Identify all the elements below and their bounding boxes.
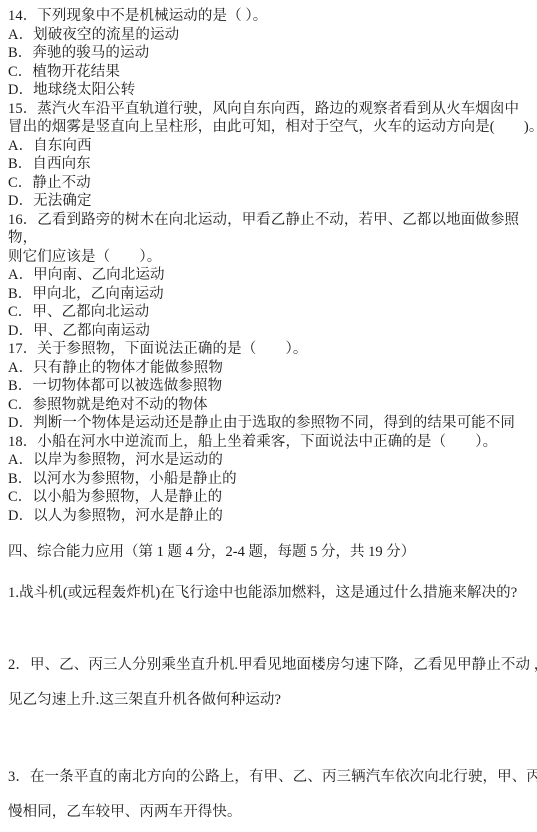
question-stem-line: 物， bbox=[8, 229, 533, 248]
question-17: 17．关于参照物，下面说法正确的是（ ）。 A．只有静止的物体才能做参照物 B．… bbox=[8, 340, 533, 433]
question-option: D．地球绕太阳公转 bbox=[8, 81, 533, 100]
question-option: D．判断一个物体是运动还是静止由于选取的参照物不同，得到的结果可能不同 bbox=[8, 414, 533, 433]
question-stem-line: 17．关于参照物，下面说法正确的是（ ）。 bbox=[8, 340, 533, 359]
problem-1: 1.战斗机(或远程轰炸机)在飞行途中也能添加燃料，这是通过什么措施来解决的? bbox=[8, 584, 533, 603]
question-option: A．只有静止的物体才能做参照物 bbox=[8, 359, 533, 378]
question-stem-line: 冒出的烟雾是竖直向上呈柱形，由此可知，相对于空气，火车的运动方向是( )。 bbox=[8, 118, 533, 137]
question-option: B．甲向北，乙向南运动 bbox=[8, 285, 533, 304]
question-16: 16．乙看到路旁的树木在向北运动，甲看乙静止不动，若甲、乙都以地面做参照 物， … bbox=[8, 211, 533, 341]
question-18: 18．小船在河水中逆流而上，船上坐着乘客，下面说法中正确的是（ ）。 A．以岸为… bbox=[8, 433, 533, 526]
problem-3: 3．在一条平直的南北方向的公路上，有甲、乙、丙三辆汽车依次向北行驶，甲、丙两车快… bbox=[8, 760, 533, 830]
question-option: D．甲、乙都向南运动 bbox=[8, 322, 533, 341]
question-stem-line: 14．下列现象中不是机械运动的是（ ）。 bbox=[8, 7, 533, 26]
question-option: B．奔驰的骏马的运动 bbox=[8, 44, 533, 63]
question-option: C．植物开花结果 bbox=[8, 63, 533, 82]
problem-line: 1.战斗机(或远程轰炸机)在飞行途中也能添加燃料，这是通过什么措施来解决的? bbox=[8, 584, 533, 603]
problem-2: 2．甲、乙、丙三人分别乘坐直升机.甲看见地面楼房匀速下降，乙看见甲静止不动 ，丙… bbox=[8, 648, 533, 718]
question-stem-line: 18．小船在河水中逆流而上，船上坐着乘客，下面说法中正确的是（ ）。 bbox=[8, 433, 533, 452]
question-option: B．一切物体都可以被选做参照物 bbox=[8, 377, 533, 396]
question-stem-line: 16．乙看到路旁的树木在向北运动，甲看乙静止不动，若甲、乙都以地面做参照 bbox=[8, 211, 533, 230]
question-option: C．以小船为参照物，人是静止的 bbox=[8, 488, 533, 507]
problem-line: 见乙匀速上升.这三架直升机各做何种运动? bbox=[8, 683, 533, 718]
question-option: A．自东向西 bbox=[8, 137, 533, 156]
question-15: 15．蒸汽火车沿平直轨道行驶，风向自东向西，路边的观察者看到从火车烟囱中 冒出的… bbox=[8, 100, 533, 211]
question-option: C．参照物就是绝对不动的物体 bbox=[8, 396, 533, 415]
problem-line: 2．甲、乙、丙三人分别乘坐直升机.甲看见地面楼房匀速下降，乙看见甲静止不动 ，丙… bbox=[8, 648, 533, 683]
question-option: A．甲向南、乙向北运动 bbox=[8, 266, 533, 285]
problem-line: 3．在一条平直的南北方向的公路上，有甲、乙、丙三辆汽车依次向北行驶，甲、丙两车快 bbox=[8, 760, 533, 795]
question-stem-line: 则它们应该是（ ）。 bbox=[8, 248, 533, 267]
question-option: C．甲、乙都向北运动 bbox=[8, 303, 533, 322]
question-14: 14．下列现象中不是机械运动的是（ ）。 A．划破夜空的流星的运动 B．奔驰的骏… bbox=[8, 7, 533, 100]
question-option: D．以人为参照物，河水是静止的 bbox=[8, 507, 533, 526]
exam-page: 14．下列现象中不是机械运动的是（ ）。 A．划破夜空的流星的运动 B．奔驰的骏… bbox=[0, 0, 537, 830]
question-option: A．划破夜空的流星的运动 bbox=[8, 26, 533, 45]
question-option: D．无法确定 bbox=[8, 192, 533, 211]
problem-line: 慢相同，乙车较甲、丙两车开得快。 bbox=[8, 795, 533, 830]
question-option: A．以岸为参照物，河水是运动的 bbox=[8, 451, 533, 470]
question-option: C．静止不动 bbox=[8, 174, 533, 193]
question-stem-line: 15．蒸汽火车沿平直轨道行驶，风向自东向西，路边的观察者看到从火车烟囱中 bbox=[8, 100, 533, 119]
section-heading: 四、综合能力应用（第 1 题 4 分，2-4 题，每题 5 分，共 19 分） bbox=[8, 543, 533, 562]
question-option: B．以河水为参照物，小船是静止的 bbox=[8, 470, 533, 489]
question-option: B．自西向东 bbox=[8, 155, 533, 174]
